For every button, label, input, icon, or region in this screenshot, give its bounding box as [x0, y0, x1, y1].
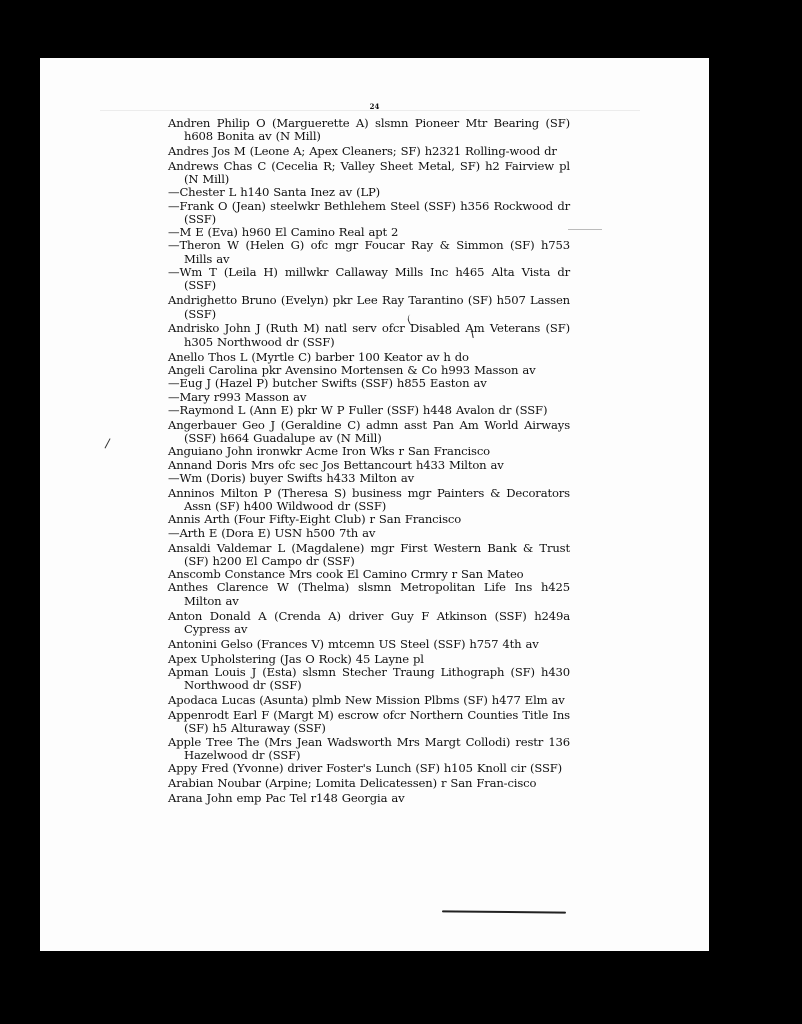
directory-entry: Apex Upholstering (Jas O Rock) 45 Layne … — [168, 653, 570, 666]
directory-entry: —Chester L h140 Santa Inez av (LP) — [168, 186, 570, 199]
directory-entry: Annand Doris Mrs ofc sec Jos Bettancourt… — [168, 459, 570, 472]
directory-entry: Ansaldi Valdemar L (Magdalene) mgr First… — [168, 542, 570, 569]
directory-entry: Anthes Clarence W (Thelma) slsmn Metropo… — [168, 581, 570, 608]
directory-entry: —Frank O (Jean) steelwkr Bethlehem Steel… — [168, 200, 570, 227]
directory-entry: Annis Arth (Four Fifty-Eight Club) r San… — [168, 513, 570, 526]
directory-entry: —Raymond L (Ann E) pkr W P Fuller (SSF) … — [168, 404, 570, 417]
directory-entry: Andrews Chas C (Cecelia R; Valley Sheet … — [168, 160, 570, 187]
directory-entry: Anton Donald A (Crenda A) driver Guy F A… — [168, 610, 570, 637]
directory-entry: Anninos Milton P (Theresa S) business mg… — [168, 487, 570, 514]
directory-entry: Arabian Noubar (Arpine; Lomita Delicates… — [168, 777, 570, 790]
directory-entry: Angeli Carolina pkr Avensino Mortensen &… — [168, 364, 570, 377]
header-rule — [100, 110, 640, 111]
directory-entry: Apple Tree The (Mrs Jean Wadsworth Mrs M… — [168, 736, 570, 763]
directory-entry: Andrighetto Bruno (Evelyn) pkr Lee Ray T… — [168, 294, 570, 321]
stray-pen-mark — [104, 438, 110, 448]
directory-entry: Apman Louis J (Esta) slsmn Stecher Traun… — [168, 666, 570, 693]
directory-entry: Andrisko John J (Ruth M) natl serv ofcr … — [168, 322, 570, 349]
directory-entries: Andren Philip O (Marguerette A) slsmn Pi… — [168, 115, 570, 805]
directory-entry: —Arth E (Dora E) USN h500 7th av — [168, 527, 570, 540]
directory-entry: —M E (Eva) h960 El Camino Real apt 2 — [168, 226, 570, 239]
margin-dash — [568, 229, 602, 230]
directory-entry: Anello Thos L (Myrtle C) barber 100 Keat… — [168, 351, 570, 364]
directory-entry: —Wm T (Leila H) millwkr Callaway Mills I… — [168, 266, 570, 293]
directory-entry: Appenrodt Earl F (Margt M) escrow ofcr N… — [168, 709, 570, 736]
directory-entry: Antonini Gelso (Frances V) mtcemn US Ste… — [168, 638, 570, 651]
directory-entry: Anguiano John ironwkr Acme Iron Wks r Sa… — [168, 445, 570, 458]
directory-entry: Anscomb Constance Mrs cook El Camino Crm… — [168, 568, 570, 581]
directory-page: 24 Andren Philip O (Marguerette A) slsmn… — [40, 58, 709, 951]
directory-entry: —Theron W (Helen G) ofc mgr Foucar Ray &… — [168, 239, 570, 266]
directory-entry: Andres Jos M (Leone A; Apex Cleaners; SF… — [168, 145, 570, 158]
end-of-section-line — [442, 910, 566, 913]
directory-entry: Appy Fred (Yvonne) driver Foster's Lunch… — [168, 762, 570, 775]
directory-entry: Arana John emp Pac Tel r148 Georgia av — [168, 792, 570, 805]
directory-entry: Apodaca Lucas (Asunta) plmb New Mission … — [168, 694, 570, 707]
directory-entry: —Eug J (Hazel P) butcher Swifts (SSF) h8… — [168, 377, 570, 390]
directory-entry: —Wm (Doris) buyer Swifts h433 Milton av — [168, 472, 570, 485]
directory-entry: —Mary r993 Masson av — [168, 391, 570, 404]
directory-entry: Angerbauer Geo J (Geraldine C) admn asst… — [168, 419, 570, 446]
directory-entry: Andren Philip O (Marguerette A) slsmn Pi… — [168, 117, 570, 144]
